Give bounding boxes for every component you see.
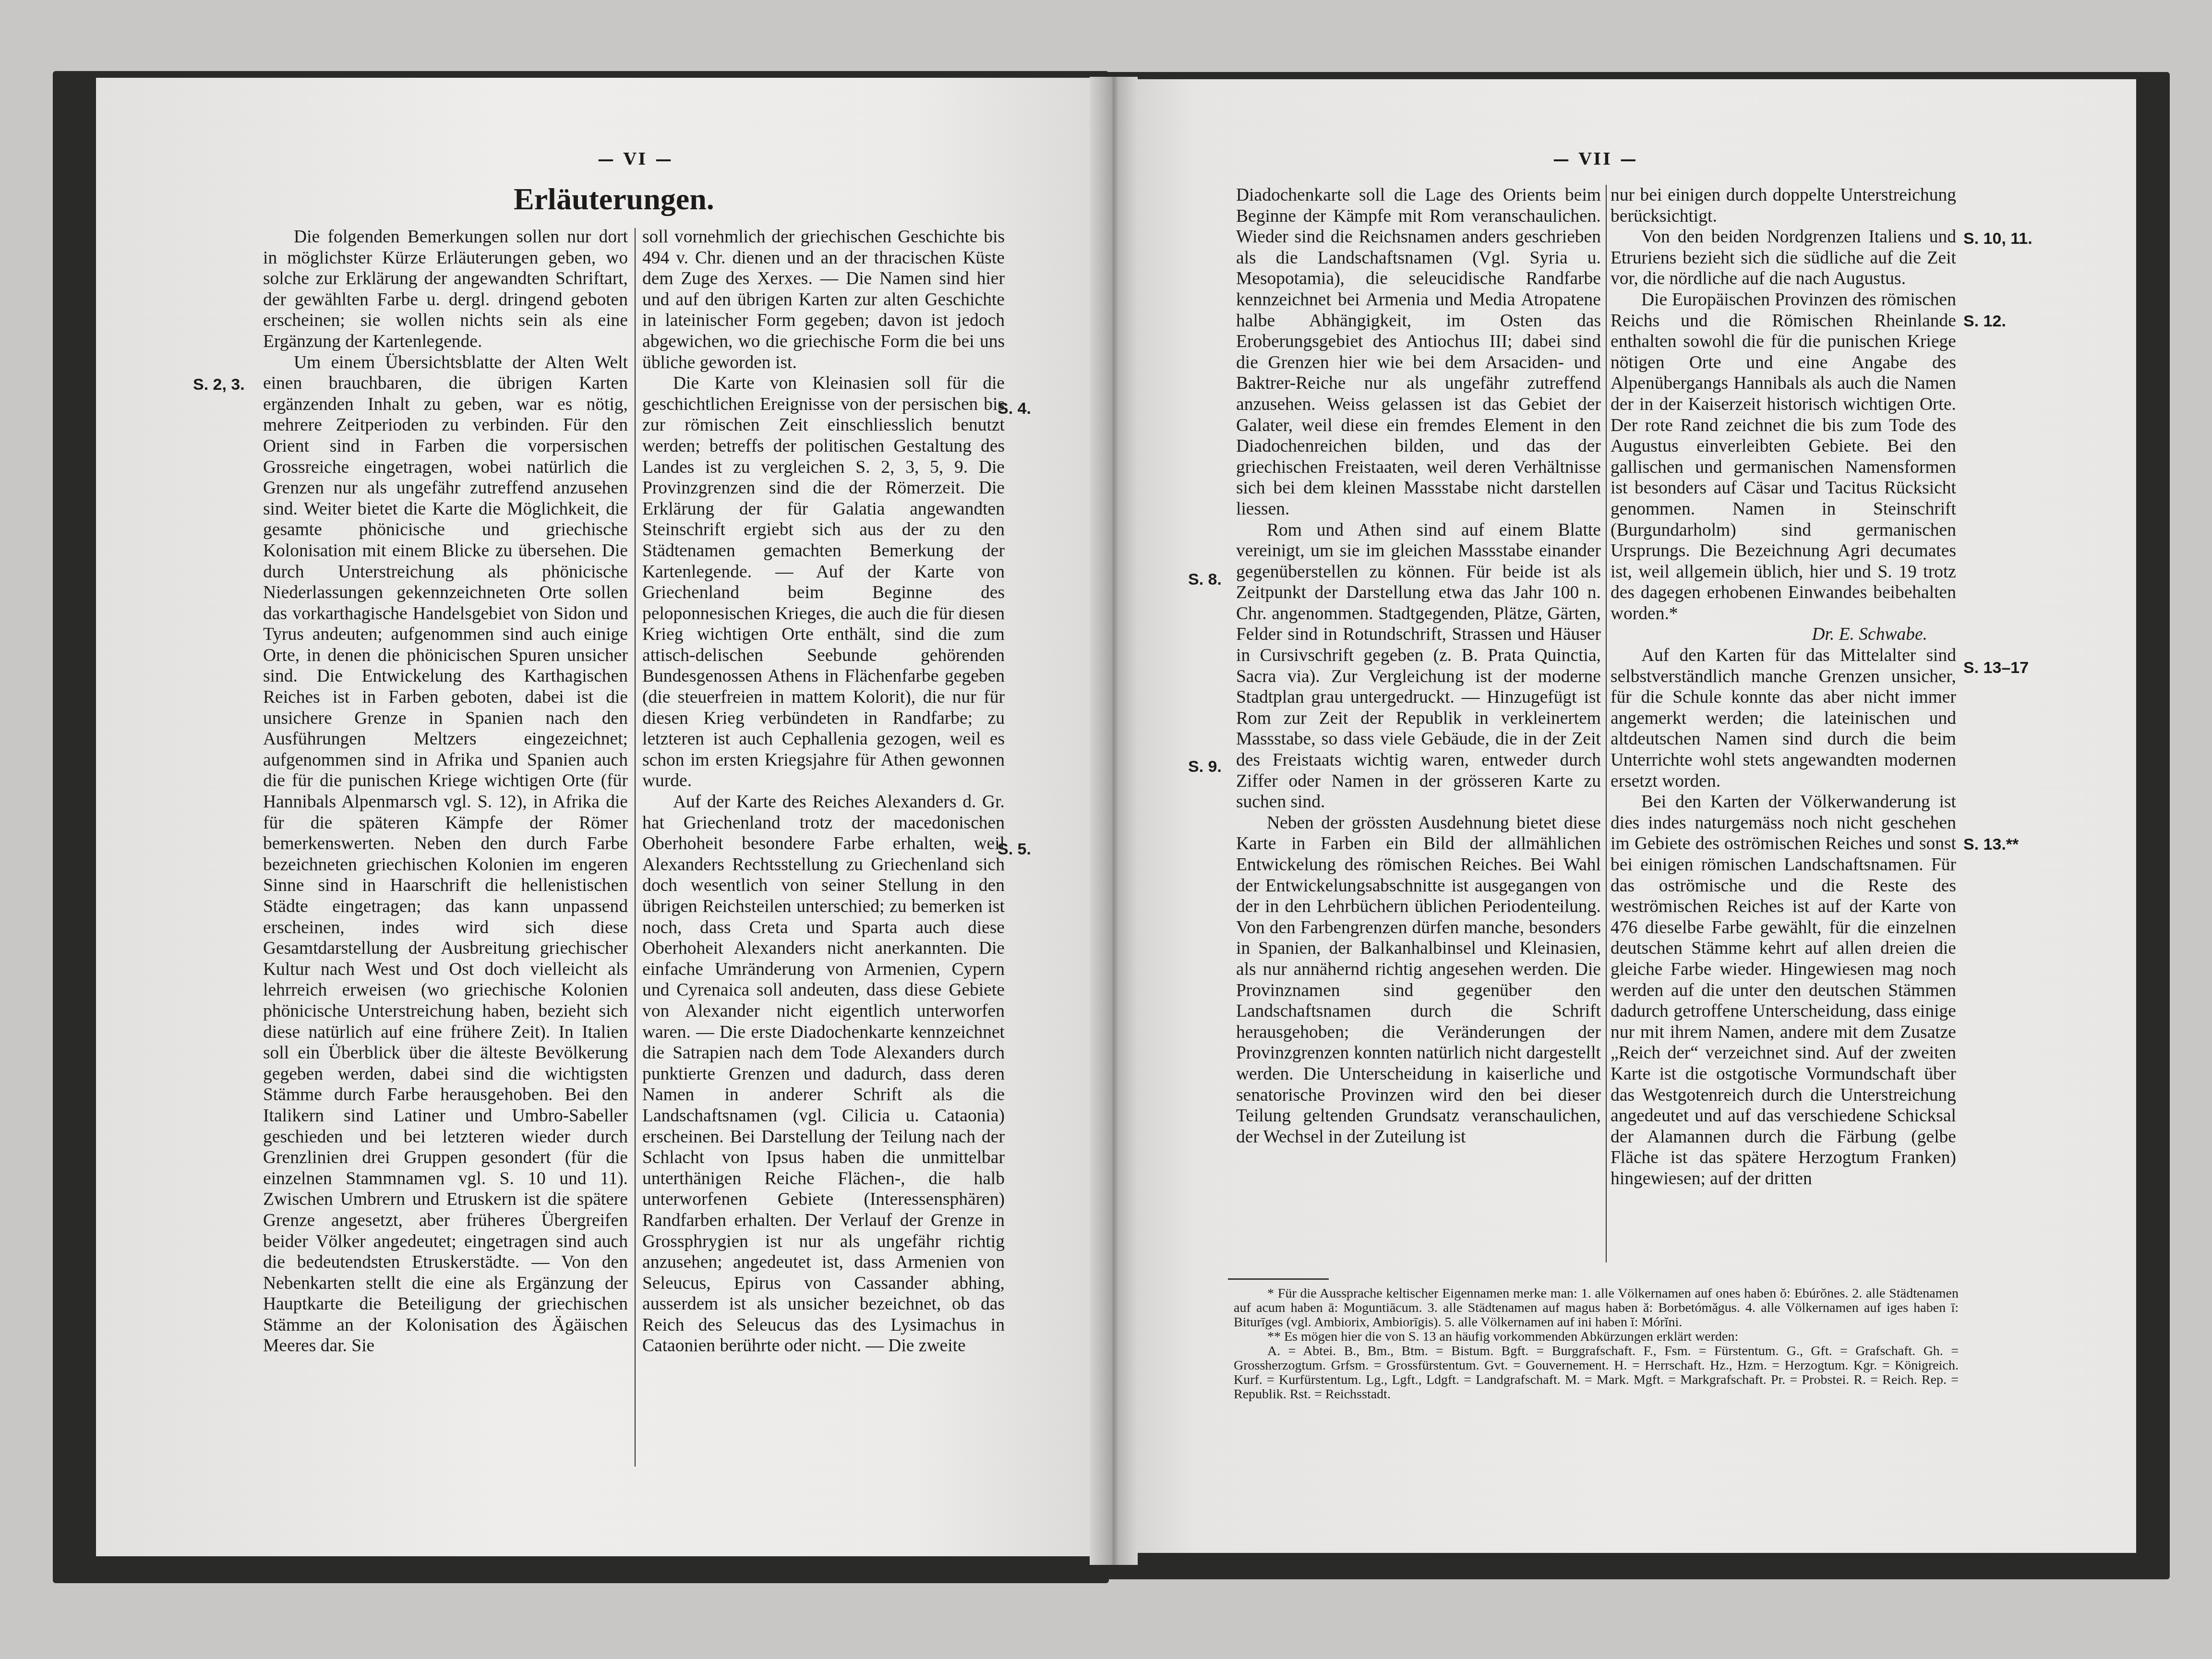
paragraph: Bei den Karten der Völkerwanderung ist d… [1611, 792, 1956, 1189]
paragraph: Auf der Karte des Reiches Alexanders d. … [642, 792, 1005, 1357]
margin-ref: S. 2, 3. [193, 375, 245, 394]
page-title: Erläuterungen. [514, 181, 714, 217]
paragraph: Die folgenden Bemerkungen sollen nur dor… [263, 227, 628, 352]
margin-ref: S. 13–17 [1963, 659, 2029, 677]
margin-ref: S. 12. [1963, 312, 2006, 331]
footnote: * Für die Aussprache keltischer Eigennam… [1234, 1286, 1959, 1330]
page-number-right: — VII — [1553, 150, 1638, 169]
margin-ref: S. 8. [1188, 570, 1222, 589]
paragraph: Die Europäischen Provinzen des römischen… [1611, 289, 1956, 625]
paragraph: soll vornehmlich der griechischen Geschi… [642, 227, 1005, 373]
paragraph: Neben der grössten Ausdehnung bietet die… [1236, 813, 1601, 1148]
right-column-1: Diadochenkarte soll die Lage des Orients… [1236, 185, 1601, 1147]
paragraph: Diadochenkarte soll die Lage des Orients… [1236, 185, 1601, 520]
right-column-2: nur bei einigen durch doppelte Unterstre… [1611, 185, 1956, 1190]
paragraph: Auf den Karten für das Mittelalter sind … [1611, 645, 1956, 792]
book-gutter [1090, 77, 1138, 1565]
margin-ref: S. 5. [998, 840, 1031, 859]
column-divider [635, 228, 636, 1467]
footnote: ** Es mögen hier die von S. 13 an häufig… [1234, 1330, 1959, 1344]
paragraph: Um einem Übersichtsblatte der Alten Welt… [263, 352, 628, 1357]
left-column-2: soll vornehmlich der griechischen Geschi… [642, 227, 1005, 1357]
margin-ref: S. 10, 11. [1963, 229, 2032, 248]
footnote: A. = Abtei. B., Bm., Btm. = Bistum. Bgft… [1234, 1344, 1959, 1402]
paragraph: Die Karte von Kleinasien soll für die ge… [642, 373, 1005, 792]
footnotes: * Für die Aussprache keltischer Eigennam… [1234, 1286, 1959, 1402]
margin-ref: S. 4. [998, 399, 1031, 418]
paragraph: Rom und Athen sind auf einem Blatte vere… [1236, 520, 1601, 813]
left-column-1: Die folgenden Bemerkungen sollen nur dor… [263, 227, 628, 1357]
paragraph: nur bei einigen durch doppelte Unterstre… [1611, 185, 1956, 227]
footnote-divider [1228, 1278, 1329, 1280]
margin-ref: S. 13.** [1963, 835, 2019, 854]
page-number-left: — VI — [598, 150, 673, 169]
paragraph: Von den beiden Nordgrenzen Italiens und … [1611, 227, 1956, 289]
margin-ref: S. 9. [1188, 757, 1222, 776]
signature: Dr. E. Schwabe. [1611, 624, 1956, 645]
column-divider [1606, 185, 1607, 1262]
